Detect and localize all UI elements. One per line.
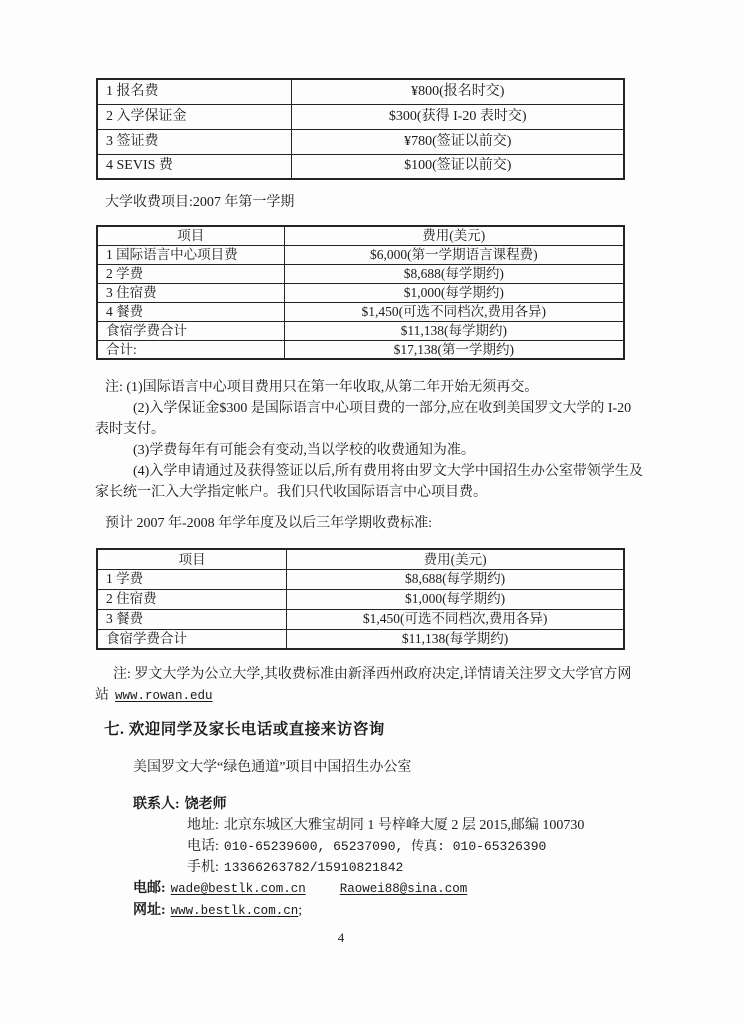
fee-item-cell: 2 学费 — [97, 264, 284, 283]
fee-value-cell: $8,688(每学期约) — [284, 264, 624, 283]
forecast-title: 预计 2007 年-2008 年学年度及以后三年学期收费标准: — [105, 513, 432, 534]
mobile-value: 13366263782/15910821842 — [224, 860, 403, 875]
mobile-label: 手机: — [187, 860, 219, 875]
fee-item-cell: 4 餐费 — [97, 302, 284, 321]
table-row: 食宿学费合计 $11,138(每学期约) — [97, 629, 624, 649]
table-row: 1 学费 $8,688(每学期约) — [97, 569, 624, 589]
fee-item-cell: 1 学费 — [97, 569, 287, 589]
note-line-prefix: 站 — [95, 688, 109, 703]
fee-item-cell: 2 入学保证金 — [97, 104, 292, 129]
table-row: 4 SEVIS 费 $100(签证以前交) — [97, 154, 624, 179]
fee-value-cell: $17,138(第一学期约) — [284, 340, 624, 359]
table-row: 3 签证费 ¥780(签证以前交) — [97, 129, 624, 154]
note-line: 注: 罗文大学为公立大学,其收费标准由新泽西州政府决定,详情请关注罗文大学官方网 — [95, 664, 655, 685]
fee-value-cell: $1,450(可选不同档次,费用各异) — [284, 302, 624, 321]
table-row: 2 入学保证金 $300(获得 I-20 表时交) — [97, 104, 624, 129]
contact-email-line: 电邮:wade@bestlk.com.cnRaowei88@sina.com — [133, 878, 638, 900]
website-link: www.bestlk.com.cn — [171, 904, 299, 918]
table-header-row: 项目 费用(美元) — [97, 549, 624, 569]
fee-item-cell: 1 报名费 — [97, 79, 292, 104]
section-7-heading: 七. 欢迎同学及家长电话或直接来访咨询 — [104, 717, 385, 739]
fee-header-cell: 费用(美元) — [287, 549, 624, 569]
note-line: (2)入学保证金$300 是国际语言中心项目费的一部分,应在收到美国罗文大学的 … — [95, 398, 655, 419]
application-fees-table: 1 报名费 ¥800(报名时交) 2 入学保证金 $300(获得 I-20 表时… — [96, 78, 625, 180]
table-row: 4 餐费 $1,450(可选不同档次,费用各异) — [97, 302, 624, 321]
fee-value-cell: ¥800(报名时交) — [292, 79, 624, 104]
fee-value-cell: $11,138(每学期约) — [284, 321, 624, 340]
phone-label: 电话: — [187, 839, 219, 854]
note-line: 家长统一汇入大学指定帐户。我们只代收国际语言中心项目费。 — [95, 482, 655, 503]
fee-item-cell: 3 餐费 — [97, 609, 287, 629]
table-header-row: 项目 费用(美元) — [97, 226, 624, 245]
table-row: 2 学费 $8,688(每学期约) — [97, 264, 624, 283]
table-row: 2 住宿费 $1,000(每学期约) — [97, 589, 624, 609]
table-row: 1 国际语言中心项目费 $6,000(第一学期语言课程费) — [97, 245, 624, 264]
contact-person-name: 饶老师 — [185, 797, 227, 812]
fee-value-cell: ¥780(签证以前交) — [292, 129, 624, 154]
first-semester-title: 大学收费项目:2007 年第一学期 — [105, 192, 294, 213]
contact-person-line: 联系人:饶老师 — [133, 794, 638, 815]
fee-value-cell: $1,000(每学期约) — [287, 589, 624, 609]
fee-item-cell: 食宿学费合计 — [97, 629, 287, 649]
contact-mobile-line: 手机:13366263782/15910821842 — [133, 857, 638, 878]
email-label: 电邮: — [133, 881, 166, 896]
first-semester-fees-table: 项目 费用(美元) 1 国际语言中心项目费 $6,000(第一学期语言课程费) … — [96, 225, 625, 360]
contact-website-line: 网址:www.bestlk.com.cn; — [133, 900, 638, 922]
university-note: 注: 罗文大学为公立大学,其收费标准由新泽西州政府决定,详情请关注罗文大学官方网… — [95, 664, 655, 707]
email-link-raowei: Raowei88@sina.com — [340, 882, 468, 896]
note-line: (3)学费每年有可能会有变动,当以学校的收费通知为准。 — [95, 440, 655, 461]
rowan-website-link: www.rowan.edu — [115, 689, 213, 703]
contact-phone-line: 电话:010-65239600, 65237090, 传真: 010-65326… — [133, 836, 638, 857]
fee-item-cell: 4 SEVIS 费 — [97, 154, 292, 179]
contact-person-label: 联系人: — [133, 797, 180, 812]
contact-address-line: 地址:北京东城区大雅宝胡同 1 号梓峰大厦 2 层 2015,邮编 100730 — [133, 815, 638, 836]
fee-value-cell: $300(获得 I-20 表时交) — [292, 104, 624, 129]
fee-item-cell: 食宿学费合计 — [97, 321, 284, 340]
fee-item-cell: 2 住宿费 — [97, 589, 287, 609]
fee-value-cell: $100(签证以前交) — [292, 154, 624, 179]
address-label: 地址: — [187, 818, 219, 833]
email-link-wade: wade@bestlk.com.cn — [171, 882, 306, 896]
contact-info: 联系人:饶老师 地址:北京东城区大雅宝胡同 1 号梓峰大厦 2 层 2015,邮… — [133, 794, 638, 922]
table-row: 合计: $17,138(第一学期约) — [97, 340, 624, 359]
fee-value-cell: $1,000(每学期约) — [284, 283, 624, 302]
website-label: 网址: — [133, 903, 166, 918]
table-row: 3 住宿费 $1,000(每学期约) — [97, 283, 624, 302]
fee-item-cell: 3 住宿费 — [97, 283, 284, 302]
note-line: 注: (1)国际语言中心项目费用只在第一年收取,从第二年开始无须再交。 — [95, 377, 655, 398]
address-value: 北京东城区大雅宝胡同 1 号梓峰大厦 2 层 2015,邮编 100730 — [224, 818, 585, 833]
fee-item-cell: 合计: — [97, 340, 284, 359]
notes-paragraph: 注: (1)国际语言中心项目费用只在第一年收取,从第二年开始无须再交。 (2)入… — [95, 377, 655, 503]
note-line: (4)入学申请通过及获得签证以后,所有费用将由罗文大学中国招生办公室带领学生及 — [95, 461, 655, 482]
fee-item-cell: 1 国际语言中心项目费 — [97, 245, 284, 264]
fee-header-cell: 费用(美元) — [284, 226, 624, 245]
estimated-fees-table: 项目 费用(美元) 1 学费 $8,688(每学期约) 2 住宿费 $1,000… — [96, 548, 625, 650]
item-header-cell: 项目 — [97, 549, 287, 569]
fee-value-cell: $1,450(可选不同档次,费用各异) — [287, 609, 624, 629]
website-suffix: ; — [298, 903, 302, 918]
office-title: 美国罗文大学“绿色通道”项目中国招生办公室 — [133, 757, 411, 778]
scanned-document-page: 1 报名费 ¥800(报名时交) 2 入学保证金 $300(获得 I-20 表时… — [0, 0, 743, 1024]
fee-value-cell: $11,138(每学期约) — [287, 629, 624, 649]
table-row: 1 报名费 ¥800(报名时交) — [97, 79, 624, 104]
fee-value-cell: $6,000(第一学期语言课程费) — [284, 245, 624, 264]
phone-value: 010-65239600, 65237090, 传真: 010-65326390 — [224, 839, 546, 854]
fee-value-cell: $8,688(每学期约) — [287, 569, 624, 589]
table-row: 3 餐费 $1,450(可选不同档次,费用各异) — [97, 609, 624, 629]
table-row: 食宿学费合计 $11,138(每学期约) — [97, 321, 624, 340]
item-header-cell: 项目 — [97, 226, 284, 245]
note-line: 表时支付。 — [95, 419, 655, 440]
note-line: 站www.rowan.edu — [95, 685, 655, 707]
page-number: 4 — [95, 930, 587, 946]
fee-item-cell: 3 签证费 — [97, 129, 292, 154]
